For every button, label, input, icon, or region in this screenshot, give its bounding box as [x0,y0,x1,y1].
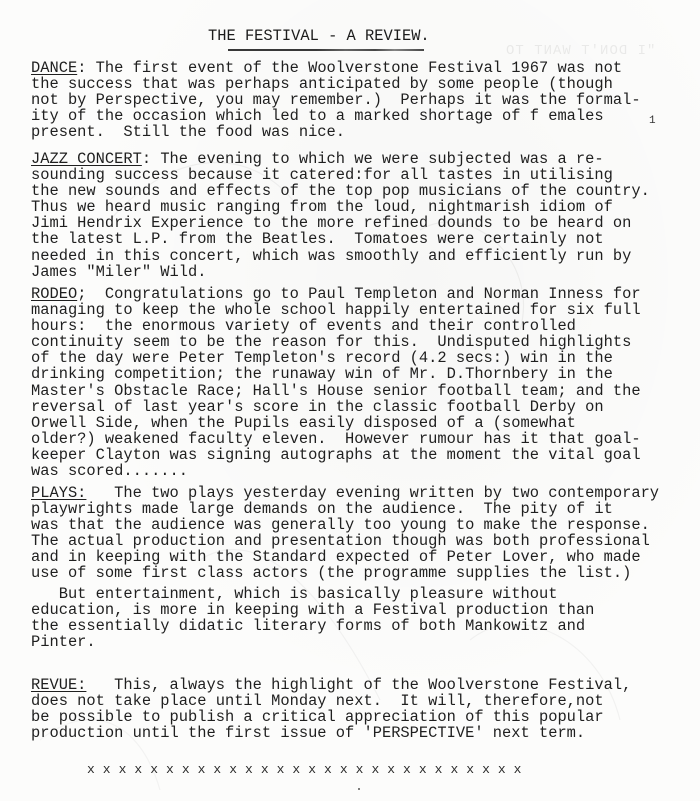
text-line: was scored....... [31,462,188,480]
text-line: the essentially didatic literary forms o… [31,617,585,635]
end-marker-row: x x x x x x x x x x x x x x x x x x x x … [87,762,522,778]
stray-dot [358,788,360,790]
section-plays-continued: But entertainment, which is basically pl… [31,586,594,650]
page-title: THE FESTIVAL - A REVIEW. [208,27,430,45]
margin-mark: 1 [649,115,656,127]
text-line: Pinter. [31,633,96,651]
section-plays: PLAYS: The two plays yesterday evening w… [31,485,659,582]
section-rodeo: RODEO; Congratulations go to Paul Temple… [31,286,641,479]
text-line: James "Miler" Wild. [31,263,206,281]
text-line: use of some first class actors (the prog… [31,564,631,582]
section-dance: DANCE: The first event of the Woolversto… [31,60,641,140]
section-jazz-concert: JAZZ CONCERT: The evening to which we we… [31,151,650,280]
text-line: present. Still the food was nice. [31,123,345,141]
typewritten-page: "I DON'T WANT TO THE FESTIVAL - A REVIEW… [0,0,700,801]
section-revue: REVUE: This, always the highlight of the… [31,677,631,741]
bleed-through-text: "I DON'T WANT TO [505,42,655,60]
title-underline [228,49,424,51]
text-line: production until the first issue of 'PER… [31,724,585,742]
